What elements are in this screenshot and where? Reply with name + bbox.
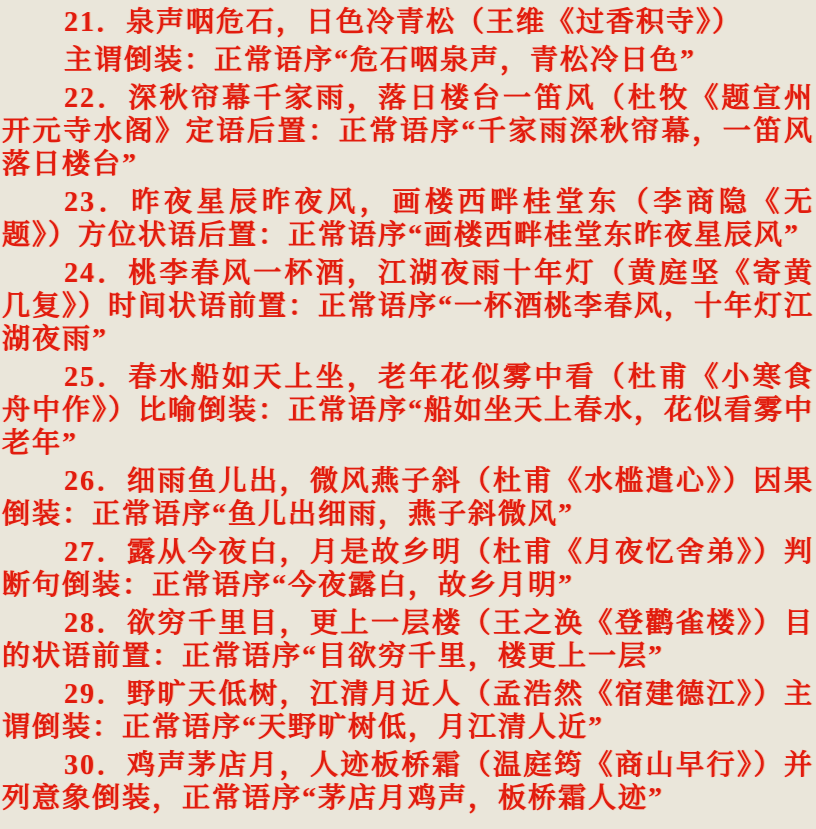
paragraph-item-22: 22．深秋帘幕千家雨，落日楼台一笛风（杜牧《题宣州开元寺水阁》定语后置：正常语序…: [2, 82, 814, 181]
paragraph-item-27: 27．露从今夜白，月是故乡明（杜甫《月夜忆舍弟》）判断句倒装：正常语序“今夜露白…: [2, 536, 814, 602]
paragraph-item-21-poem: 21．泉声咽危石，日色冷青松（王维《过香积寺》）: [2, 6, 814, 39]
paragraph-item-25: 25．春水船如天上坐，老年花似雾中看（杜甫《小寒食舟中作》）比喻倒装：正常语序“…: [2, 361, 814, 460]
paragraph-item-26: 26．细雨鱼儿出，微风燕子斜（杜甫《水槛遣心》）因果倒装：正常语序“鱼儿出细雨，…: [2, 465, 814, 531]
paragraph-item-21-explanation: 主谓倒装：正常语序“危石咽泉声，青松冷日色”: [2, 44, 814, 77]
document-page: 21．泉声咽危石，日色冷青松（王维《过香积寺》） 主谓倒装：正常语序“危石咽泉声…: [0, 0, 816, 829]
paragraph-item-23: 23．昨夜星辰昨夜风，画楼西畔桂堂东（李商隐《无题》）方位状语后置：正常语序“画…: [2, 186, 814, 252]
paragraph-item-30: 30．鸡声茅店月，人迹板桥霜（温庭筠《商山早行》）并列意象倒装，正常语序“茅店月…: [2, 749, 814, 815]
paragraph-item-24: 24．桃李春风一杯酒，江湖夜雨十年灯（黄庭坚《寄黄几复》）时间状语前置：正常语序…: [2, 257, 814, 356]
paragraph-item-29: 29．野旷天低树，江清月近人（孟浩然《宿建德江》）主谓倒装：正常语序“天野旷树低…: [2, 678, 814, 744]
paragraph-item-28: 28．欲穷千里目，更上一层楼（王之涣《登鹳雀楼》）目的状语前置：正常语序“目欲穷…: [2, 607, 814, 673]
